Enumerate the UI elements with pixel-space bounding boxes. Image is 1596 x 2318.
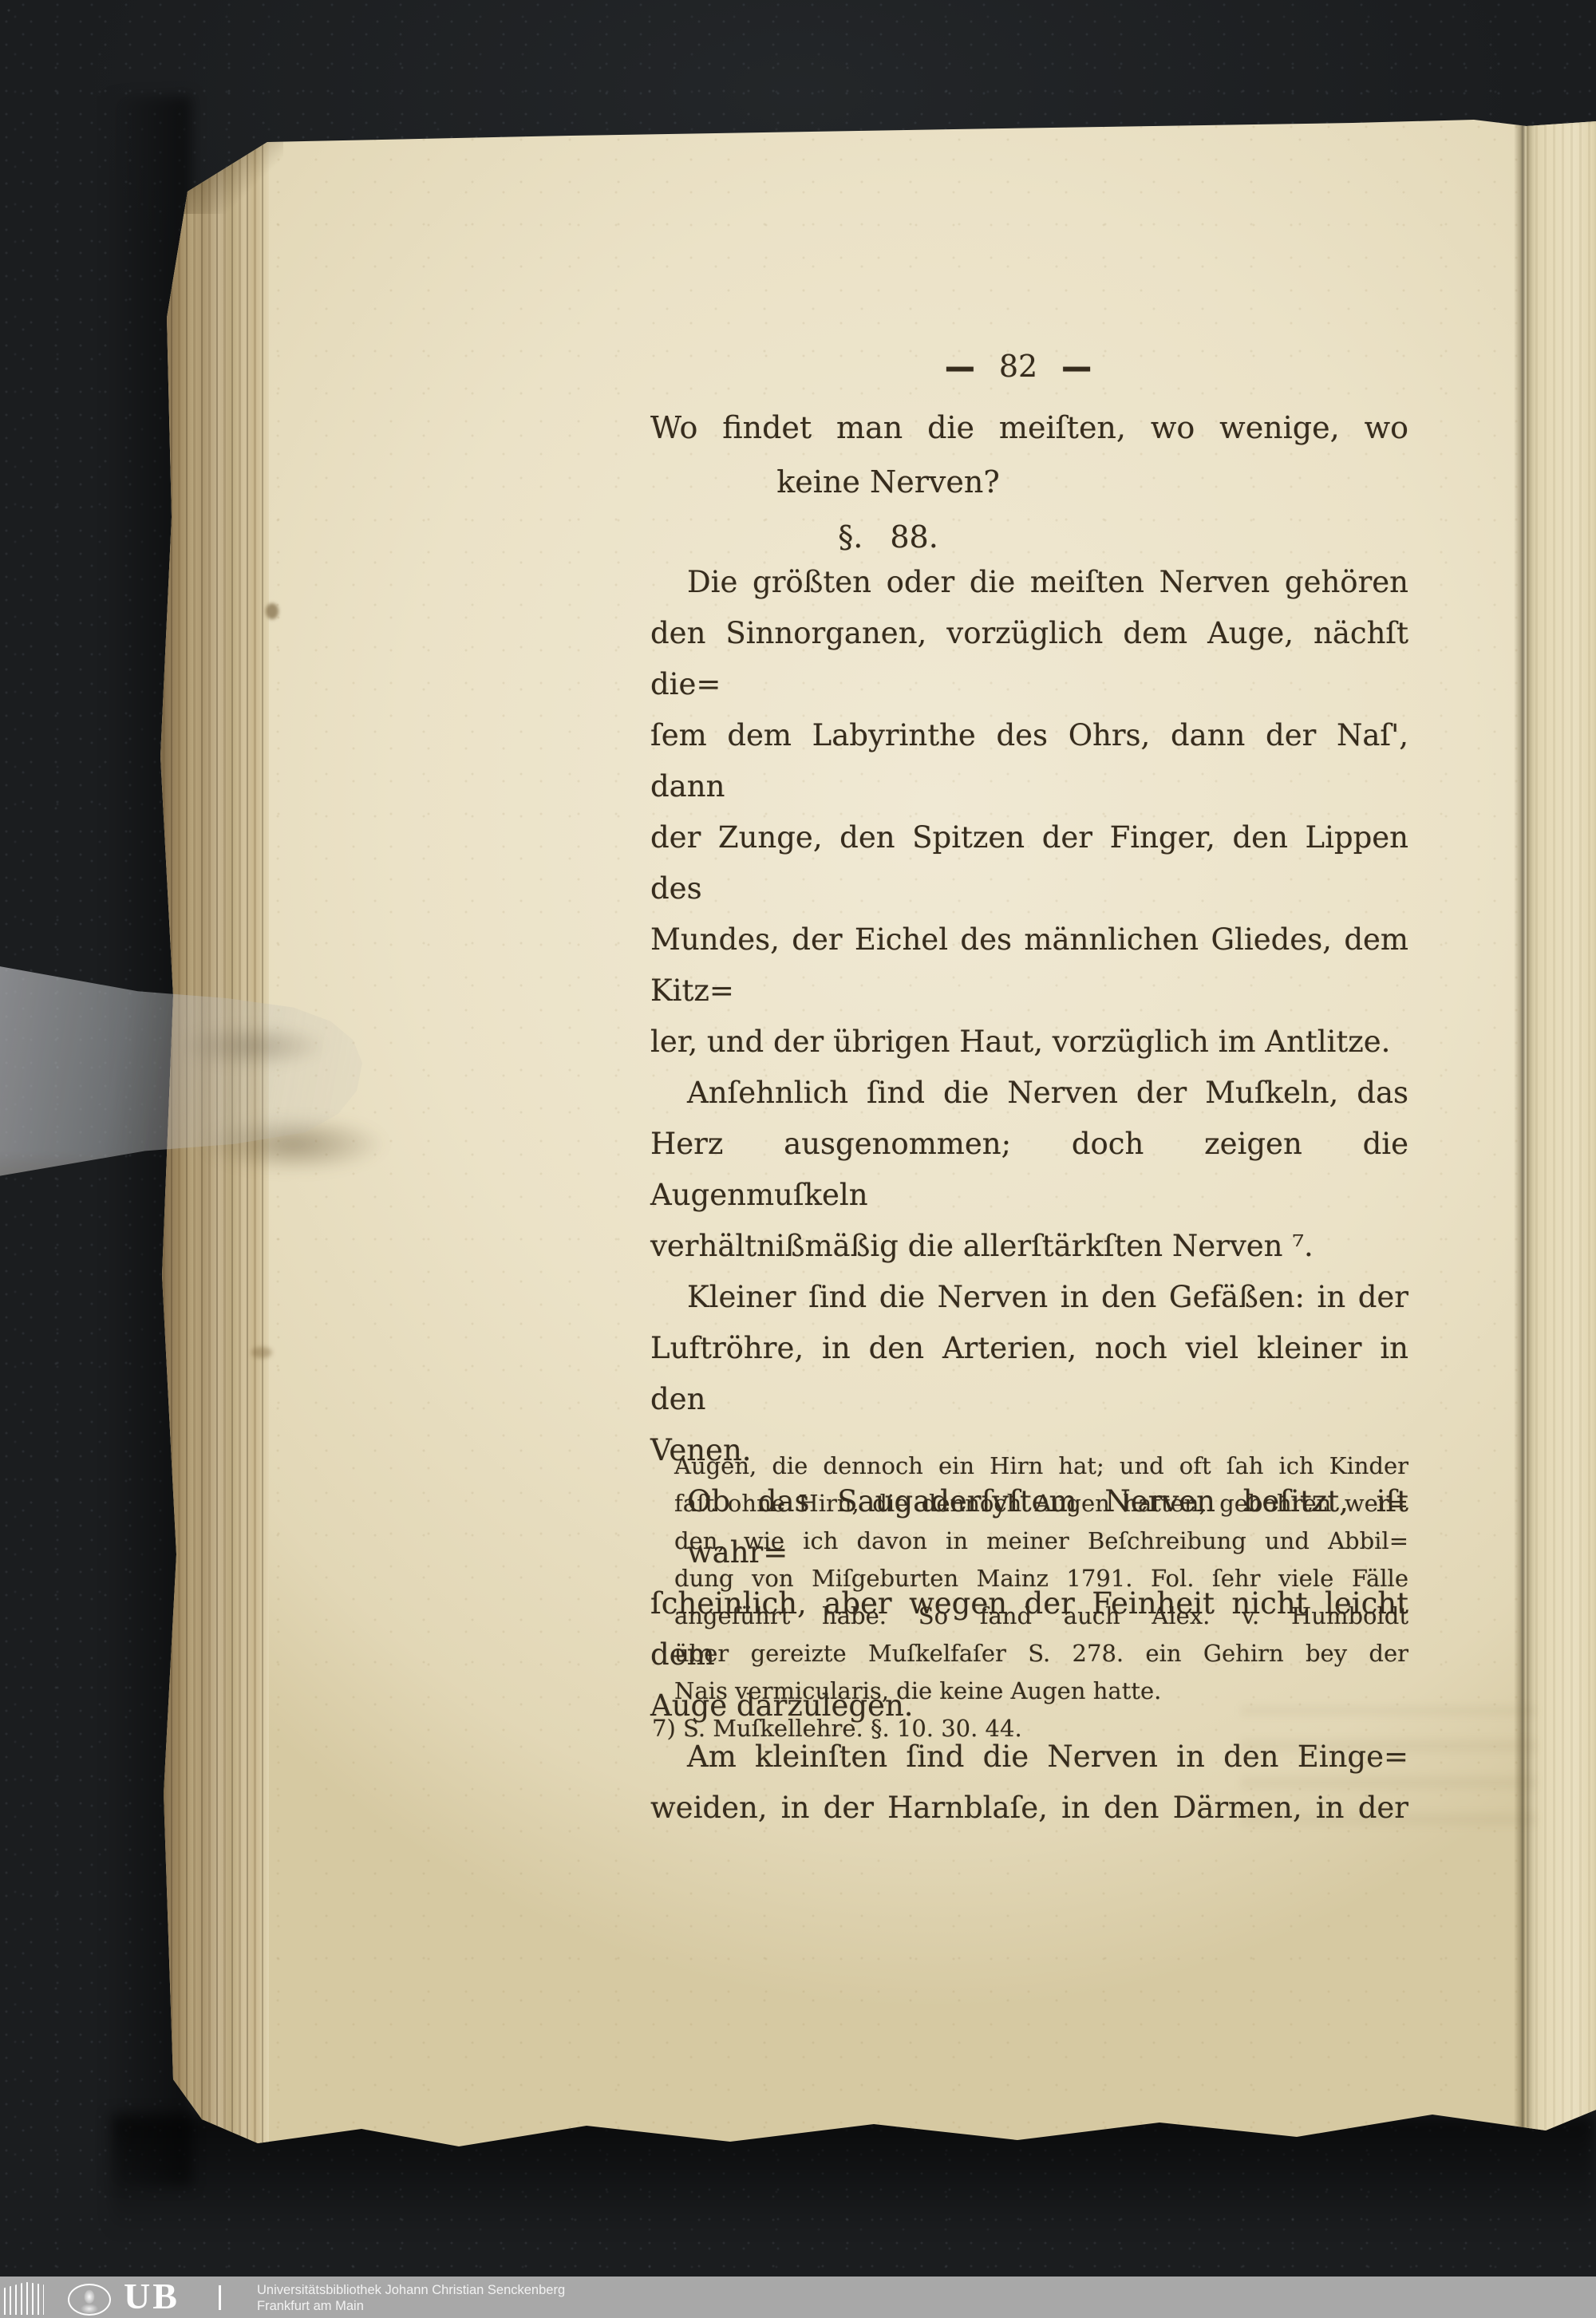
library-name: Universitätsbibliothek Johann Christian … (257, 2282, 565, 2314)
footnote-line: den, wie ich davon in meiner Beſchreibun… (674, 1522, 1408, 1560)
digitized-book-scan: —82— Wo findet man die meiſten, wo wenig… (0, 0, 1596, 2318)
footnote-line: dung von Miſgeburten Mainz 1791. Fol. ſe… (674, 1560, 1408, 1597)
text-line: der Zunge, den Spitzen der Finger, den L… (650, 812, 1408, 914)
heading-line: Wo findet man die meiſten, wo wenige, wo (650, 401, 1408, 455)
page-number-row: —82— (650, 348, 1408, 384)
footnote-reference-line: 7) S. Muſkellehre. §. 10. 30. 44. (652, 1710, 1408, 1747)
logo-book-spines-icon (4, 2281, 44, 2315)
page-number: 82 (999, 349, 1037, 384)
text-line: ler, und der übrigen Haut, vorzüglich im… (650, 1017, 1408, 1068)
footnote-line: angeführt habe. So fand auch Alex. v. Hu… (674, 1597, 1408, 1635)
logo-portrait-icon (68, 2284, 111, 2316)
text-line: verhältnißmäßig die allerſtärkſten Nerve… (650, 1221, 1408, 1272)
paper-stain (266, 603, 279, 619)
heading-line: keine Nerven? (650, 455, 1408, 509)
text-line: den Sinnorganen, vorzüglich dem Auge, nä… (650, 608, 1408, 710)
library-name-line1: Universitätsbibliothek Johann Christian … (257, 2282, 565, 2298)
section-mark: §. 88. (650, 521, 1408, 553)
paper-stain (251, 1347, 272, 1358)
footnote-line: Augen, die dennoch ein Hirn hat; und oft… (674, 1447, 1408, 1485)
logo-ub: UB (124, 2275, 180, 2317)
text-line: Herz ausgenommen; doch zeigen die Augenm… (650, 1119, 1408, 1221)
chapter-question-heading: Wo findet man die meiſten, wo wenige, wo… (650, 401, 1408, 509)
footnote: Augen, die dennoch ein Hirn hat; und oft… (674, 1447, 1408, 1747)
text-line: ſem dem Labyrinthe des Ohrs, dann der Na… (650, 710, 1408, 812)
header-dash-left: — (945, 342, 975, 389)
text-line: weiden, in der Harnblaſe, in den Därmen,… (650, 1783, 1408, 1834)
paragraph: Kleiner ſind die Nerven in den Gefäßen: … (650, 1272, 1408, 1476)
library-banner: UB Universitätsbibliothek Johann Christi… (0, 2277, 1596, 2318)
footnote-line: über gereizte Muſkelfaſer S. 278. ein Ge… (674, 1635, 1408, 1672)
text-line: Luftröhre, in den Arterien, noch viel kl… (650, 1323, 1408, 1425)
library-name-line2: Frankfurt am Main (257, 2298, 565, 2314)
text-line: Mundes, der Eichel des männlichen Gliede… (650, 914, 1408, 1017)
footnote-line: faſt ohne Hirn, die dennoch Augen hatten… (674, 1485, 1408, 1522)
text-line: Kleiner ſind die Nerven in den Gefäßen: … (650, 1272, 1408, 1323)
logo-divider (219, 2285, 221, 2310)
facing-page-edge (1527, 118, 1596, 2158)
paragraph: Die größten oder die meiſten Nerven gehö… (650, 557, 1408, 1068)
header-dash-right: — (1061, 342, 1092, 389)
footnote-line: Nais vermicularis, die keine Augen hatte… (674, 1672, 1408, 1710)
text-line: Anſehnlich ſind die Nerven der Muſkeln, … (650, 1068, 1408, 1119)
text-line: Die größten oder die meiſten Nerven gehö… (650, 557, 1408, 608)
paragraph: Anſehnlich ſind die Nerven der Muſkeln, … (650, 1068, 1408, 1272)
